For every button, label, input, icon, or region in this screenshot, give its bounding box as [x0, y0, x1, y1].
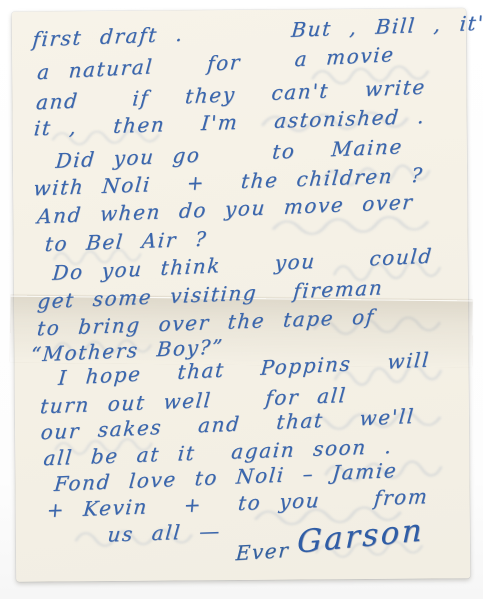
signature-closing: Ever: [235, 538, 290, 565]
photo-background: first draft . But , Bill , it's a natura…: [0, 0, 483, 599]
letter-line: us all —: [107, 519, 222, 547]
letter-text: first draft . But , Bill , it's a natura…: [7, 4, 476, 586]
letter-line: first draft . But , Bill , it's: [32, 10, 483, 51]
letter-paper: first draft . But , Bill , it's a natura…: [12, 8, 470, 582]
letter-line: to Bel Air ?: [44, 227, 208, 256]
signature-name: Garson: [297, 518, 425, 554]
